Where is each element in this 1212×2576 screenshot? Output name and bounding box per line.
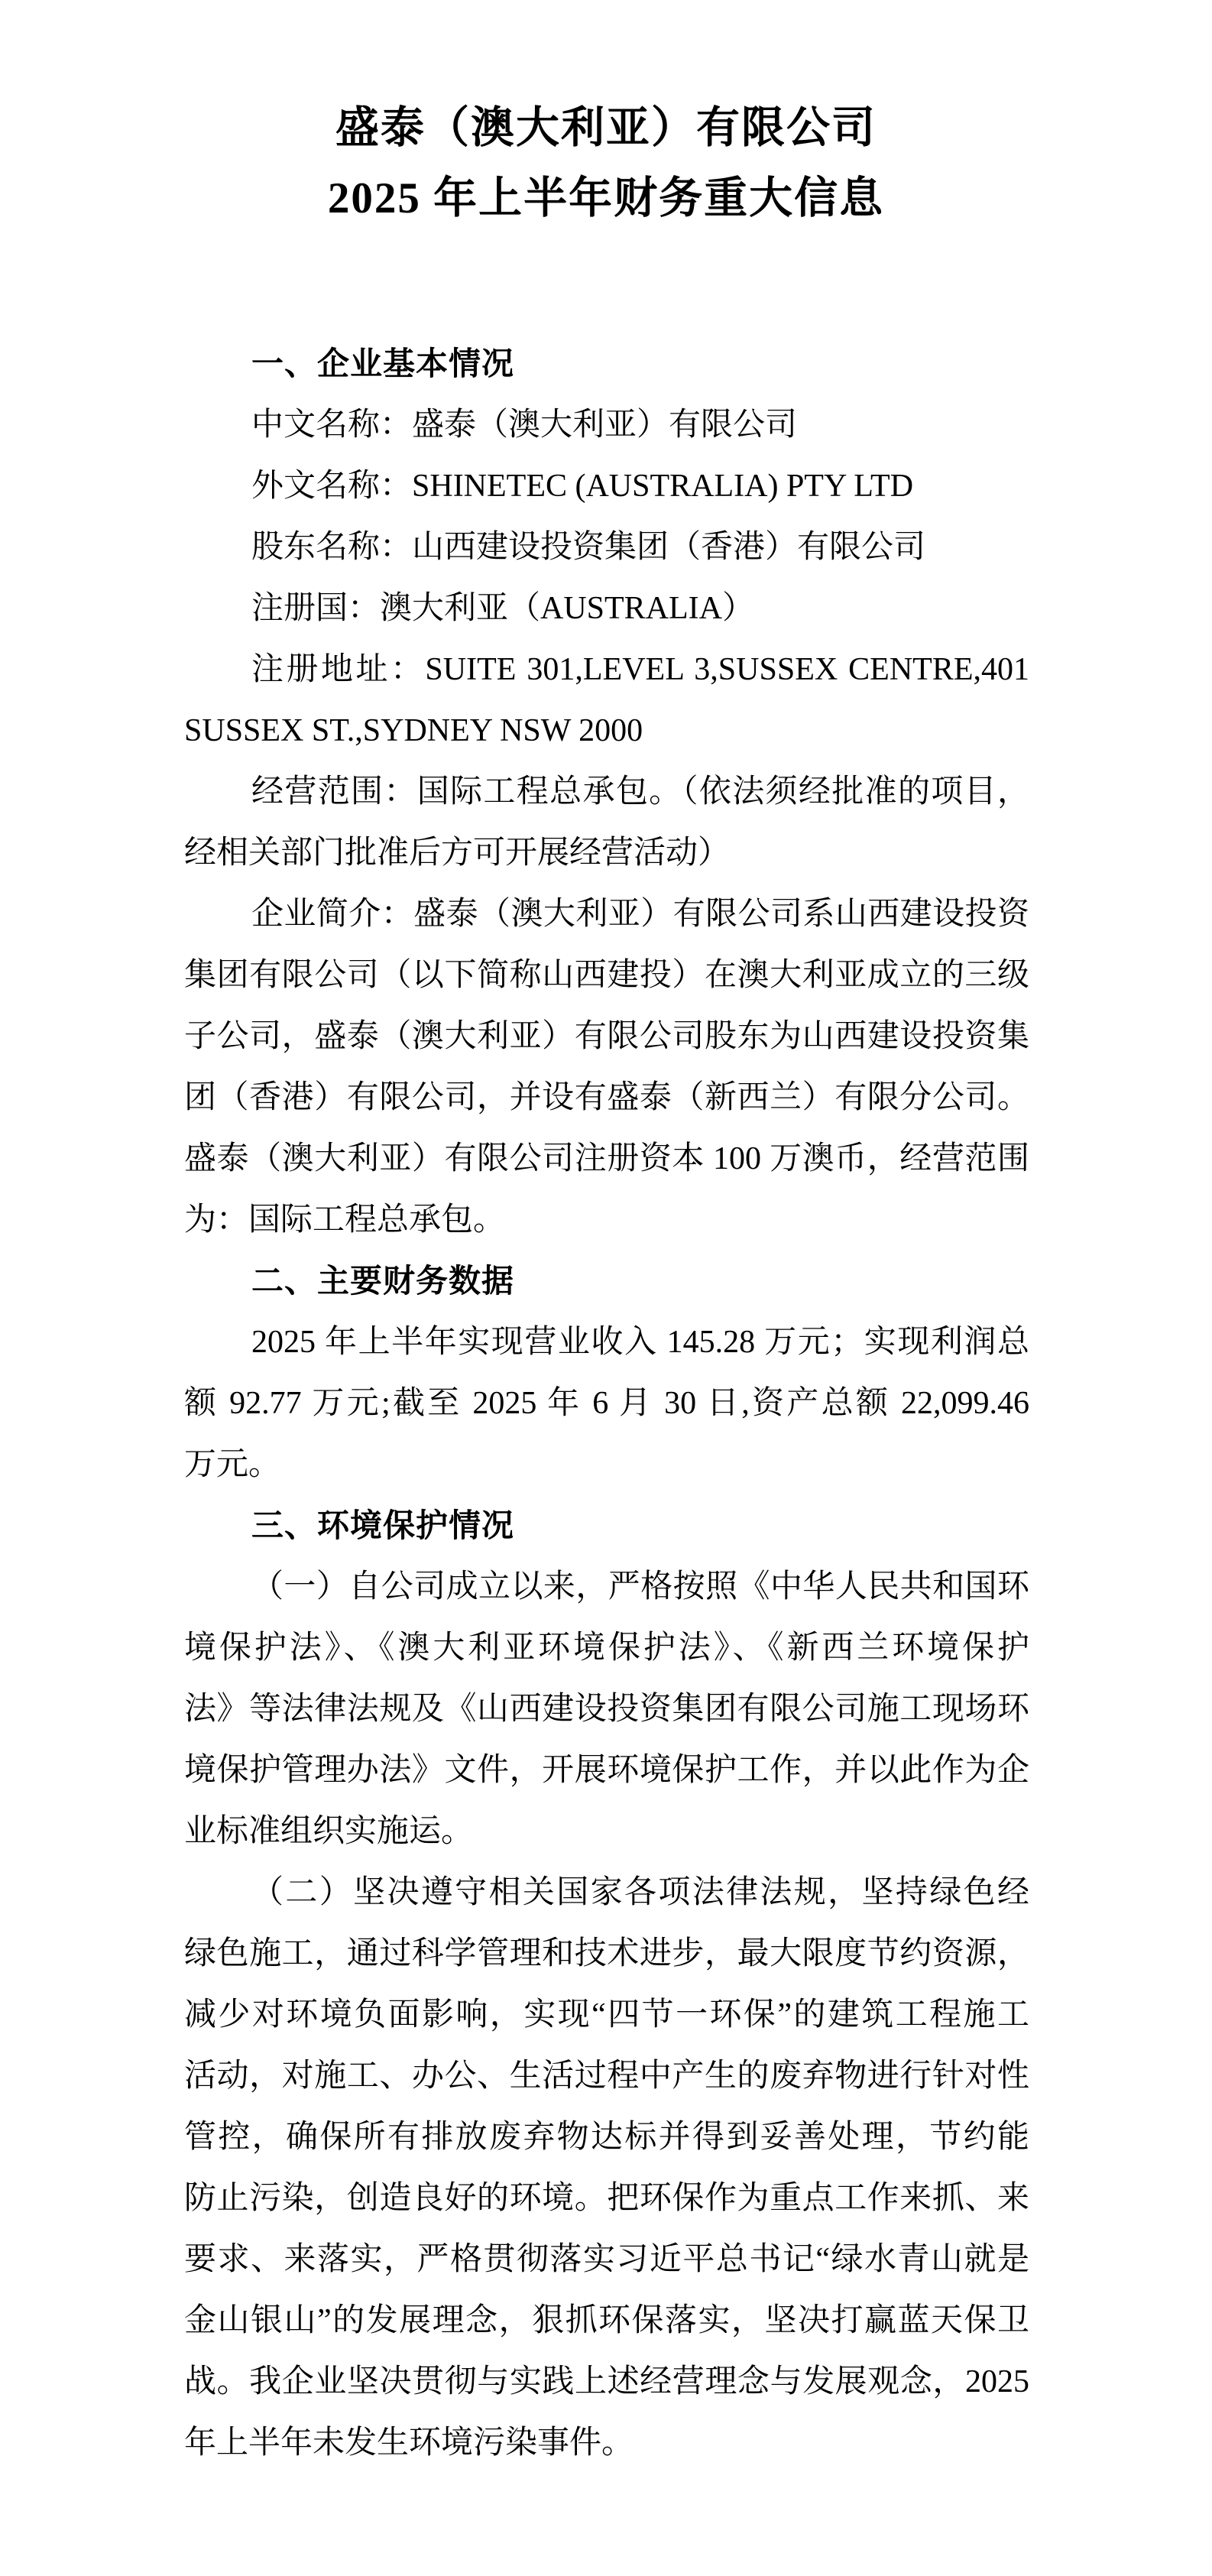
body-line: （一）自公司成立以来，严格按照《中华人民共和国环 xyxy=(184,1556,1029,1617)
body-line: 为：国际工程总承包。 xyxy=(184,1189,1029,1251)
body-line: 经相关部门批准后方可开展经营活动） xyxy=(184,822,1029,884)
body-line: 股东名称：山西建设投资集团（香港）有限公司 xyxy=(184,517,1029,578)
body-line: SUSSEX ST.,SYDNEY NSW 2000 xyxy=(184,700,1029,761)
body-line: 外文名称：SHINETEC (AUSTRALIA) PTY LTD xyxy=(184,456,1029,517)
body-line: 2025 年上半年实现营业收入 145.28 万元；实现利润总 xyxy=(184,1312,1029,1373)
document-title: 盛泰（澳大利亚）有限公司 2025 年上半年财务重大信息 xyxy=(0,0,1212,234)
body-line: 防止污染，创造良好的环境。把环保作为重点工作来抓、来 xyxy=(184,2168,1029,2229)
body-line: 注册地址：SUITE 301,LEVEL 3,SUSSEX CENTRE,401 xyxy=(184,639,1029,700)
body-line: 集团有限公司（以下简称山西建投）在澳大利亚成立的三级 xyxy=(184,945,1029,1006)
body-line: 子公司，盛泰（澳大利亚）有限公司股东为山西建设投资集 xyxy=(184,1006,1029,1067)
body-line: 额 92.77 万元;截至 2025 年 6 月 30 日,资产总额 22,09… xyxy=(184,1373,1029,1434)
section-heading: 一、企业基本情况 xyxy=(184,333,1029,394)
body-line: 盛泰（澳大利亚）有限公司注册资本 100 万澳币，经营范围 xyxy=(184,1128,1029,1189)
body-line: 减少对环境负面影响，实现“四节一环保”的建筑工程施工 xyxy=(184,1984,1029,2046)
body-line: 万元。 xyxy=(184,1434,1029,1495)
body-line: 经营范围：国际工程总承包。（依法须经批准的项目， xyxy=(184,761,1029,822)
body-line: 管控，确保所有排放废弃物达标并得到妥善处理，节约能源、 xyxy=(184,2107,1029,2168)
body-line: 金山银山”的发展理念，狠抓环保落实，坚决打赢蓝天保卫 xyxy=(184,2290,1029,2351)
body-line: 年上半年未发生环境污染事件。 xyxy=(184,2412,1029,2474)
body-line: 团（香港）有限公司，并设有盛泰（新西兰）有限分公司。 xyxy=(184,1067,1029,1128)
body-line: 中文名称：盛泰（澳大利亚）有限公司 xyxy=(184,394,1029,456)
document-title-line-2: 2025 年上半年财务重大信息 xyxy=(0,164,1212,234)
body-line: 境保护管理办法》文件，开展环境保护工作，并以此作为企 xyxy=(184,1740,1029,1801)
body-line: 注册国：澳大利亚（AUSTRALIA） xyxy=(184,578,1029,639)
section-heading: 二、主要财务数据 xyxy=(184,1251,1029,1312)
body-line: 绿色施工，通过科学管理和技术进步，最大限度节约资源， xyxy=(184,1923,1029,1984)
body-line: 要求、来落实，严格贯彻落实习近平总书记“绿水青山就是 xyxy=(184,2229,1029,2290)
body-line: （二）坚决遵守相关国家各项法律法规，坚持绿色经营、 xyxy=(184,1862,1029,1923)
body-line: 战。我企业坚决贯彻与实践上述经营理念与发展观念，2025 xyxy=(184,2351,1029,2412)
body-line: 活动，对施工、办公、生活过程中产生的废弃物进行针对性 xyxy=(184,2046,1029,2107)
document-body: 一、企业基本情况中文名称：盛泰（澳大利亚）有限公司外文名称：SHINETEC (… xyxy=(0,333,1212,2474)
body-line: 业标准组织实施运。 xyxy=(184,1801,1029,1862)
document-title-line-1: 盛泰（澳大利亚）有限公司 xyxy=(0,93,1212,164)
body-line: 法》等法律法规及《山西建设投资集团有限公司施工现场环 xyxy=(184,1679,1029,1740)
document-page: 盛泰（澳大利亚）有限公司 2025 年上半年财务重大信息 一、企业基本情况中文名… xyxy=(0,0,1212,2576)
body-line: 境保护法》、《澳大利亚环境保护法》、《新西兰环境保护 xyxy=(184,1617,1029,1679)
section-heading: 三、环境保护情况 xyxy=(184,1495,1029,1556)
body-line: 企业简介：盛泰（澳大利亚）有限公司系山西建设投资 xyxy=(184,884,1029,945)
